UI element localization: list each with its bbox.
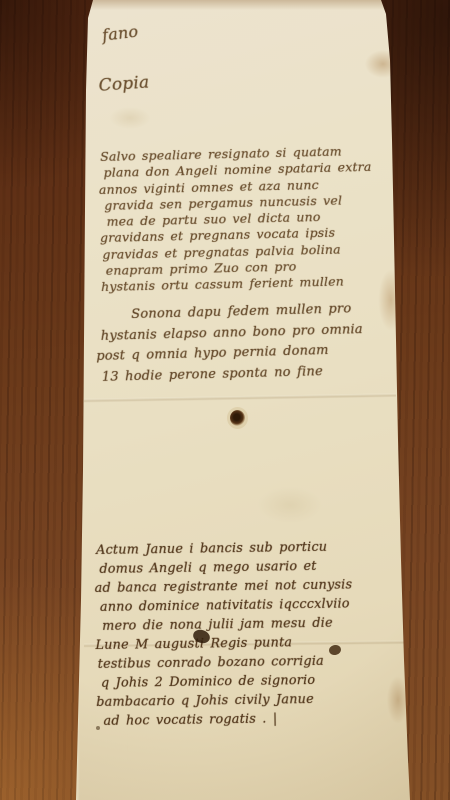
paragraph-second-clause: Sonona dapu fedem mullen prohystanis ela…: [97, 299, 364, 388]
paragraph-closing-clause: Actum Janue i bancis sub porticudomus An…: [96, 537, 354, 731]
header-annotation-copia: Copia: [98, 72, 150, 95]
manuscript-photo: fano Copia Salvo spealiare resignato si …: [0, 0, 450, 800]
handwritten-word: fano: [101, 22, 139, 45]
handwritten-line: mero die nona julii jam mesu die: [102, 613, 353, 635]
handwritten-line: ad hoc vocatis rogatis . |: [103, 708, 354, 730]
paragraph-first-clause: Salvo spealiare resignato si quatamplana…: [100, 143, 374, 296]
upper-fold-crease: [84, 393, 396, 402]
page-hole-spot: [230, 410, 245, 426]
handwritten-word: Copia: [98, 72, 150, 95]
header-annotation-fano: fano: [101, 22, 139, 45]
ink-speck: [96, 726, 100, 730]
